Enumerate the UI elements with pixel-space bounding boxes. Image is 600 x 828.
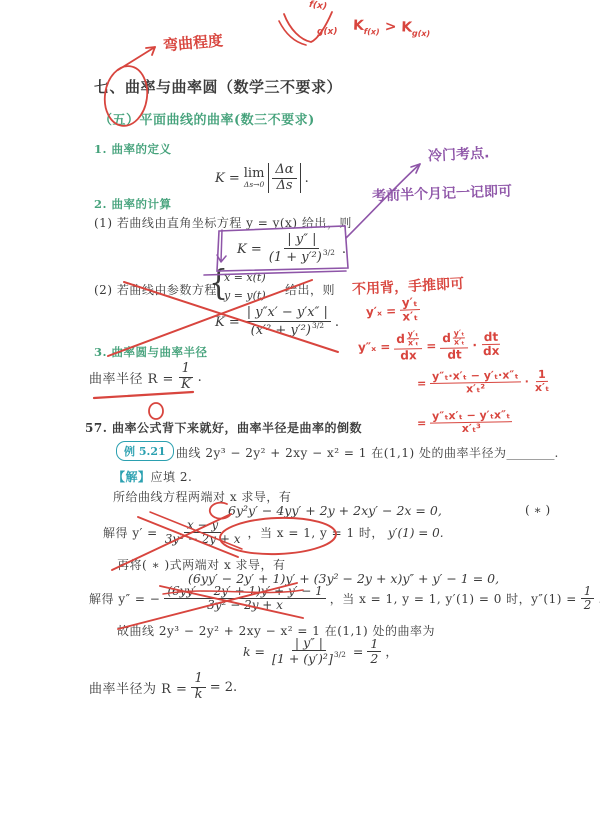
final-result: = 2. <box>210 680 237 695</box>
equals-sign: = <box>353 644 363 659</box>
solution-fill: 应填 2. <box>151 470 193 484</box>
tiny-frac-a: y′ₜx′ₜ <box>406 330 421 348</box>
annotation-memorize-note: 考前半个月记一记即可 <box>372 181 513 206</box>
radius-fraction: 1 K <box>178 362 194 392</box>
k-comma: ， <box>385 642 398 660</box>
param-fraction: | y″x′ − y′x″ | (x′² + y′²)3/2 <box>244 306 331 338</box>
rect-curvature-formula: K = | y″ | (1 + y′²)3/2 . <box>237 233 346 265</box>
l4-den: x′ₜ³ <box>460 423 483 435</box>
l1-den: x′ₜ <box>400 310 420 324</box>
d-symbol: d <box>442 331 451 345</box>
l2a-den: dx <box>398 349 419 363</box>
l2b-num: dy′ₜx′ₜ <box>440 329 468 348</box>
rect-den: (1 + y′²)3/2 <box>266 249 338 266</box>
arrow-to-bend-label <box>118 47 155 70</box>
solution-tag: 【解】 <box>113 470 151 484</box>
def-lhs: K = <box>215 171 240 186</box>
annotation-cold-topic: 冷门考点. <box>428 142 490 165</box>
star-marker: ( ∗ ) <box>525 503 550 517</box>
f2-num: (6yy′ − 2y′ + 1)y′ + y′ − 1 <box>164 585 325 599</box>
d-frac-dt: dy′ₜx′ₜ dt <box>440 329 469 361</box>
subsection-radius: 3. 曲率圆与曲率半径 <box>94 344 208 360</box>
k-result-den: 2 <box>367 652 381 666</box>
solution-line: 【解】应填 2. <box>113 468 192 485</box>
final-fraction: 1 k <box>191 672 205 702</box>
answer-blank: ________ <box>506 446 554 460</box>
equals-sign: = <box>426 339 436 353</box>
param-x-equation: x = x(t) <box>224 271 266 284</box>
annotation-g-label: g(x) <box>317 27 337 37</box>
red-derivation-line1: y′ₓ = y′ₜ x′ₜ <box>366 296 421 325</box>
param-num: | y″x′ − y′x″ | <box>244 306 331 322</box>
k-result-fraction: 1 2 <box>367 637 381 666</box>
d-frac-dx: dy′ₜx′ₜ dx <box>394 330 423 362</box>
item2-given-then: 给出，则 <box>285 281 335 298</box>
param-y-equation: y = y(t) <box>224 289 266 302</box>
k-fraction: | y″ | [1 + (y′)²]3/2 <box>269 636 349 666</box>
solve-yprime-line: 解得 y′ = x − y 3y² − 2y + x ，当 x = 1, y =… <box>103 519 444 547</box>
l3-den: x′ₜ² <box>464 383 487 395</box>
annotation-k-comparison: Kf(x) > Kg(x) <box>353 18 431 39</box>
purple-down-arrow <box>217 230 226 262</box>
k-num: | y″ | <box>292 636 326 651</box>
equals-sign: = <box>417 377 426 390</box>
page-title: 七、曲率与曲率圆（数学三不要求） <box>94 76 342 97</box>
example-period: . <box>554 446 558 460</box>
subsection-calculation: 2. 曲率的计算 <box>94 196 172 212</box>
dt-over-dx: dt dx <box>481 331 502 359</box>
param-den-exp: 3/2 <box>312 321 324 330</box>
f1-num: x − y <box>184 519 221 533</box>
equation-star: 6y²y′ − 4yy′ + 2y + 2xy′ − 2x = 0, <box>228 503 442 518</box>
red-o-mark <box>149 403 163 419</box>
ydoubleprime-fraction: (6yy′ − 2y′ + 1)y′ + y′ − 1 3y² − 2y + x <box>164 585 325 613</box>
note-57: 57. 曲率公式背下来就好，曲率半径是曲率的倒数 <box>85 419 362 436</box>
dot-operator: · <box>525 375 529 388</box>
solve2-condition: ，当 x = 1, y = 1, y′(1) = 0 时，y″(1) = <box>330 590 577 607</box>
d-symbol: d <box>396 332 405 346</box>
k-f: K <box>353 18 364 34</box>
def-den: Δs <box>273 179 295 194</box>
greater-than: > <box>384 19 396 35</box>
yx-double-prime: y″ₓ = <box>358 340 391 355</box>
final-answer-line: 曲率半径为 R = 1 k = 2. <box>89 672 237 702</box>
k-g: K <box>401 19 412 35</box>
item1-rect-coords: (1) 若曲线由直角坐标方程 y = y(x) 给出，则 <box>94 214 352 231</box>
f4-den: k <box>192 688 206 703</box>
k-result-num: 1 <box>367 637 381 652</box>
l2a-num: dy′ₜx′ₜ <box>394 330 422 349</box>
radius-den: K <box>178 378 194 393</box>
param-den-base: (x′² + y′²) <box>251 323 311 338</box>
section-header: （五）平面曲线的曲率(数三不要求) <box>99 109 315 128</box>
red-derivation-line2: y″ₓ = dy′ₜx′ₜ dx = dy′ₜx′ₜ dt · dt dx <box>358 329 502 363</box>
radius-formula: 曲率半径 R = 1 K . <box>89 362 202 392</box>
one-over-xt: 1 x′ₜ <box>533 369 552 395</box>
red-underline-radius <box>94 392 193 398</box>
arrowhead-red <box>146 47 155 55</box>
final-pre: 曲率半径为 R = <box>89 678 187 697</box>
yprime-fraction: x − y 3y² − 2y + x <box>162 519 244 547</box>
def-period: . <box>305 171 309 186</box>
red-derivation-line4: = y″ₜx′ₜ − y′ₜx″ₜ x′ₜ³ <box>417 409 513 436</box>
purple-arrowhead <box>411 164 420 173</box>
curvature-definition-formula: K = lim Δs→0 Δα Δs . <box>215 163 309 193</box>
dot-operator: · <box>472 338 477 352</box>
lim-subscript: Δs→0 <box>244 181 264 189</box>
rect-period: . <box>342 242 346 257</box>
half-fraction: 1 2 <box>581 585 595 613</box>
k-den: [1 + (y′)²]3/2 <box>269 651 349 666</box>
solve1-condition: ，当 x = 1, y = 1 时， <box>247 524 383 541</box>
example-body: 曲线 2y³ − 2y² + 2xy − x² = 1 在(1,1) 处的曲率半… <box>176 444 559 461</box>
rect-num: | y″ | <box>284 233 319 249</box>
textbook-page: 弯曲程度 f(x) g(x) Kf(x) > Kg(x) 七、曲率与曲率圆（数学… <box>0 0 600 828</box>
rect-den-base: (1 + y′²) <box>269 250 322 265</box>
k-den-base: [1 + (y′)²] <box>272 651 333 666</box>
f2-den: 3y² − 2y + x <box>204 599 286 612</box>
tiny-frac-b: y′ₜx′ₜ <box>452 329 467 347</box>
k-den-exp: 3/2 <box>334 650 346 659</box>
v-curve-second-stroke <box>279 21 306 45</box>
param-period: . <box>335 315 339 330</box>
f3-den: 2 <box>581 599 595 612</box>
f1-den: 3y² − 2y + x <box>162 533 244 546</box>
abs-bars: Δα Δs <box>268 163 300 193</box>
tiny-b-den: x′ₜ <box>452 339 467 348</box>
tiny-a-den: x′ₜ <box>406 340 421 349</box>
red-derivation-line3: = y″ₜ·x′ₜ − y′ₜ·x″ₜ x′ₜ² · 1 x′ₜ <box>417 369 552 397</box>
rect-lhs: K = <box>237 242 262 257</box>
solve1-pre: 解得 y′ = <box>103 524 158 541</box>
rect-fraction: | y″ | (1 + y′²)3/2 <box>266 233 338 265</box>
f4-num: 1 <box>191 672 205 688</box>
lim-text: lim <box>244 167 265 180</box>
quotient-rule-frac: y″ₜ·x′ₜ − y′ₜ·x″ₜ x′ₜ² <box>430 369 521 396</box>
k-f-sub: f(x) <box>364 27 380 37</box>
l3b-den: x′ₜ <box>533 382 551 394</box>
rect-den-exp: 3/2 <box>323 248 335 257</box>
solve1-result: y′(1) = 0. <box>388 526 444 540</box>
annotation-f-label: f(x) <box>308 0 327 12</box>
yt-over-xt: y′ₜ x′ₜ <box>400 296 421 324</box>
def-fraction: Δα Δs <box>272 163 296 193</box>
radius-num: 1 <box>179 362 193 378</box>
equals-sign: = <box>417 417 426 430</box>
example-text: 曲线 2y³ − 2y² + 2xy − x² = 1 在(1,1) 处的曲率半… <box>176 446 506 460</box>
red-curl-mark <box>210 503 230 519</box>
solve-ydoubleprime-line: 解得 y″ = − (6yy′ − 2y′ + 1)y′ + y′ − 1 3y… <box>89 585 600 613</box>
subsection-definition: 1. 曲率的定义 <box>94 141 172 157</box>
example-badge: 例 5.21 <box>116 441 174 461</box>
item2-parametric: (2) 若曲线由参数方程 <box>94 281 217 298</box>
l2b-den: dt <box>445 348 464 362</box>
curvature-result-line: k = | y″ | [1 + (y′)²]3/2 = 1 2 ， <box>243 636 398 666</box>
l2c-den: dx <box>481 345 502 359</box>
final-derivative-frac: y″ₜx′ₜ − y′ₜx″ₜ x′ₜ³ <box>430 409 513 436</box>
limit-operator: lim Δs→0 <box>244 167 265 189</box>
f3-num: 1 <box>581 585 595 599</box>
k-lhs: k = <box>243 644 265 659</box>
def-num: Δα <box>272 163 296 179</box>
radius-label: 曲率半径 R = <box>89 368 174 387</box>
radius-period: . <box>198 370 202 385</box>
param-den: (x′² + y′²)3/2 <box>248 322 327 339</box>
k-g-sub: g(x) <box>412 29 431 39</box>
param-lhs: K = <box>215 315 240 330</box>
param-curvature-formula: K = | y″x′ − y′x″ | (x′² + y′²)3/2 . <box>215 306 339 338</box>
yx-prime: y′ₓ = <box>366 304 397 319</box>
solve2-pre: 解得 y″ = − <box>89 590 160 607</box>
annotation-bend-degree: 弯曲程度 <box>162 29 224 55</box>
